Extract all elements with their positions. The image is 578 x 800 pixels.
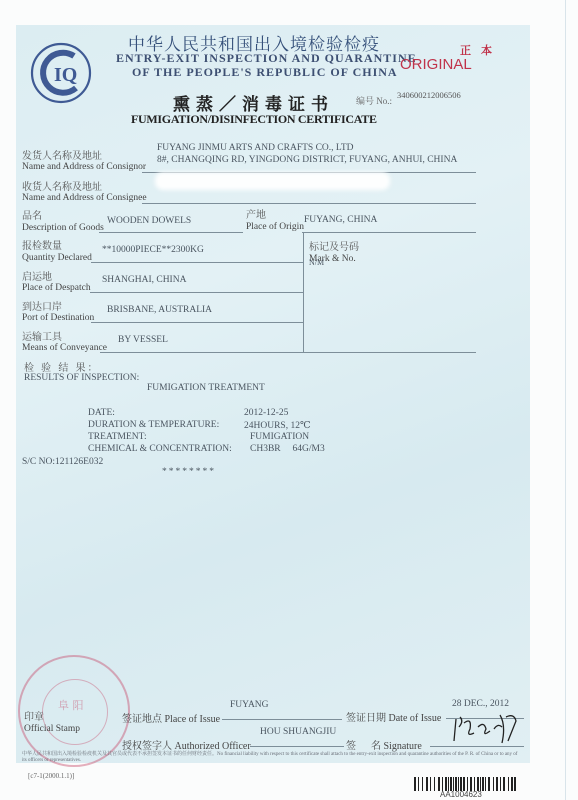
signature-line [430,746,524,747]
stamp-label-cn: 印章 [24,708,44,723]
quantity-label-cn: 报检数量 [22,237,62,252]
consignor-value-1: FUYANG JINMU ARTS AND CRAFTS CO., LTD [157,143,354,153]
results-label-cn: 检 验 结 果： [24,359,100,374]
destination-value: BRISBANE, AUSTRALIA [107,305,212,315]
goods-value: WOODEN DOWELS [107,216,191,226]
consignee-line [142,203,476,204]
goods-line [99,232,243,233]
place-of-issue-value: FUYANG [230,700,269,710]
barcode-icon [414,777,516,791]
stamp-center-text: 阜 阳 [58,697,84,713]
end-stars: ******** [162,467,216,477]
consignor-value-2: 8#, CHANGQING RD, YINGDONG DISTRICT, FUY… [157,155,457,165]
conveyance-line [100,352,476,353]
result-row-label: DATE: [88,408,115,418]
result-row-label: TREATMENT: [88,432,147,442]
result-row-value: 2012-12-25 [244,408,288,418]
authorized-officer-label: 授权签字人 Authorized Officer [122,737,251,752]
redacted-consignee [155,172,390,190]
authority-title-en-2: OF THE PEOPLE'S REPUBLIC OF CHINA [132,65,398,80]
result-row-label: DURATION & TEMPERATURE: [88,420,219,430]
sc-number: S/C NO:121126E032 [22,457,103,467]
origin-line [302,232,476,233]
officer-line [250,746,344,747]
signature-label: 签 名 Signature [346,737,422,752]
stamp-label-en: Official Stamp [24,724,80,734]
marks-label-cn: 标记及号码 [309,238,359,253]
origin-value: FUYANG, CHINA [304,215,377,225]
handwritten-signature [450,711,520,745]
cert-no: 340600212006506 [397,90,461,100]
cert-no-label: 编号 No.: [356,94,392,107]
results-heading: FUMIGATION TREATMENT [147,383,265,393]
despatch-line [90,292,303,293]
despatch-value: SHANGHAI, CHINA [102,275,186,285]
place-of-issue-label: 签证地点 Place of Issue [122,710,220,725]
result-row-value: 24HOURS, 12℃ [244,420,311,431]
place-line [222,719,342,720]
result-row-value: CH3BR 64G/M3 [250,444,325,454]
quantity-line [91,262,303,263]
consignor-label-cn: 发货人名称及地址 [22,147,102,162]
results-label-en: RESULTS OF INSPECTION: [24,373,139,383]
consignor-label-en: Name and Address of Consignor [22,162,146,172]
authorized-officer-value: HOU SHUANGJIU [260,727,336,737]
origin-label-en: Place of Origin [246,222,304,232]
marks-divider [303,232,304,352]
consignee-label-cn: 收货人名称及地址 [22,178,102,193]
barcode-number: AA1004623 [440,790,482,799]
date-of-issue-value: 28 DEC., 2012 [452,699,509,709]
conveyance-label-cn: 运输工具 [22,328,62,343]
origin-label-cn: 产地 [246,206,266,221]
quantity-label-en: Quantity Declared [22,253,92,263]
conveyance-value: BY VESSEL [118,335,168,345]
ciq-logo-icon: IQ [30,42,92,104]
page-edge [565,0,566,800]
certificate-title-en: FUMIGATION/DISINFECTION CERTIFICATE [131,112,377,127]
goods-label-cn: 品名 [22,207,42,222]
despatch-label-en: Place of Despatch [22,283,91,293]
result-row-value: FUMIGATION [250,432,309,442]
form-code: [c7-1(2000.1.1)] [28,772,74,780]
despatch-label-cn: 启运地 [22,268,52,283]
result-row-label: CHEMICAL & CONCENTRATION: [88,444,232,454]
disclaimer-text: 中华人民共和国出入境检验检疫机关及其官员或代表不承担签发本证书的任何财经责任。N… [22,752,522,764]
destination-label-en: Port of Destination [22,313,94,323]
certificate-paper [16,25,530,763]
marks-value: N/M [309,258,324,267]
date-of-issue-label: 签证日期 Date of Issue [346,709,441,724]
conveyance-label-en: Means of Conveyance [22,343,107,353]
destination-line [91,322,303,323]
quantity-value: **10000PIECE**2300KG [102,245,204,255]
original-label: ORIGINAL [400,56,472,73]
goods-label-en: Description of Goods [22,223,104,233]
consignee-label-en: Name and Address of Consignee [22,193,147,203]
authority-title-en-1: ENTRY-EXIT INSPECTION AND QUARANTINE [116,51,417,66]
destination-label-cn: 到达口岸 [22,298,62,313]
svg-text:IQ: IQ [54,64,77,86]
